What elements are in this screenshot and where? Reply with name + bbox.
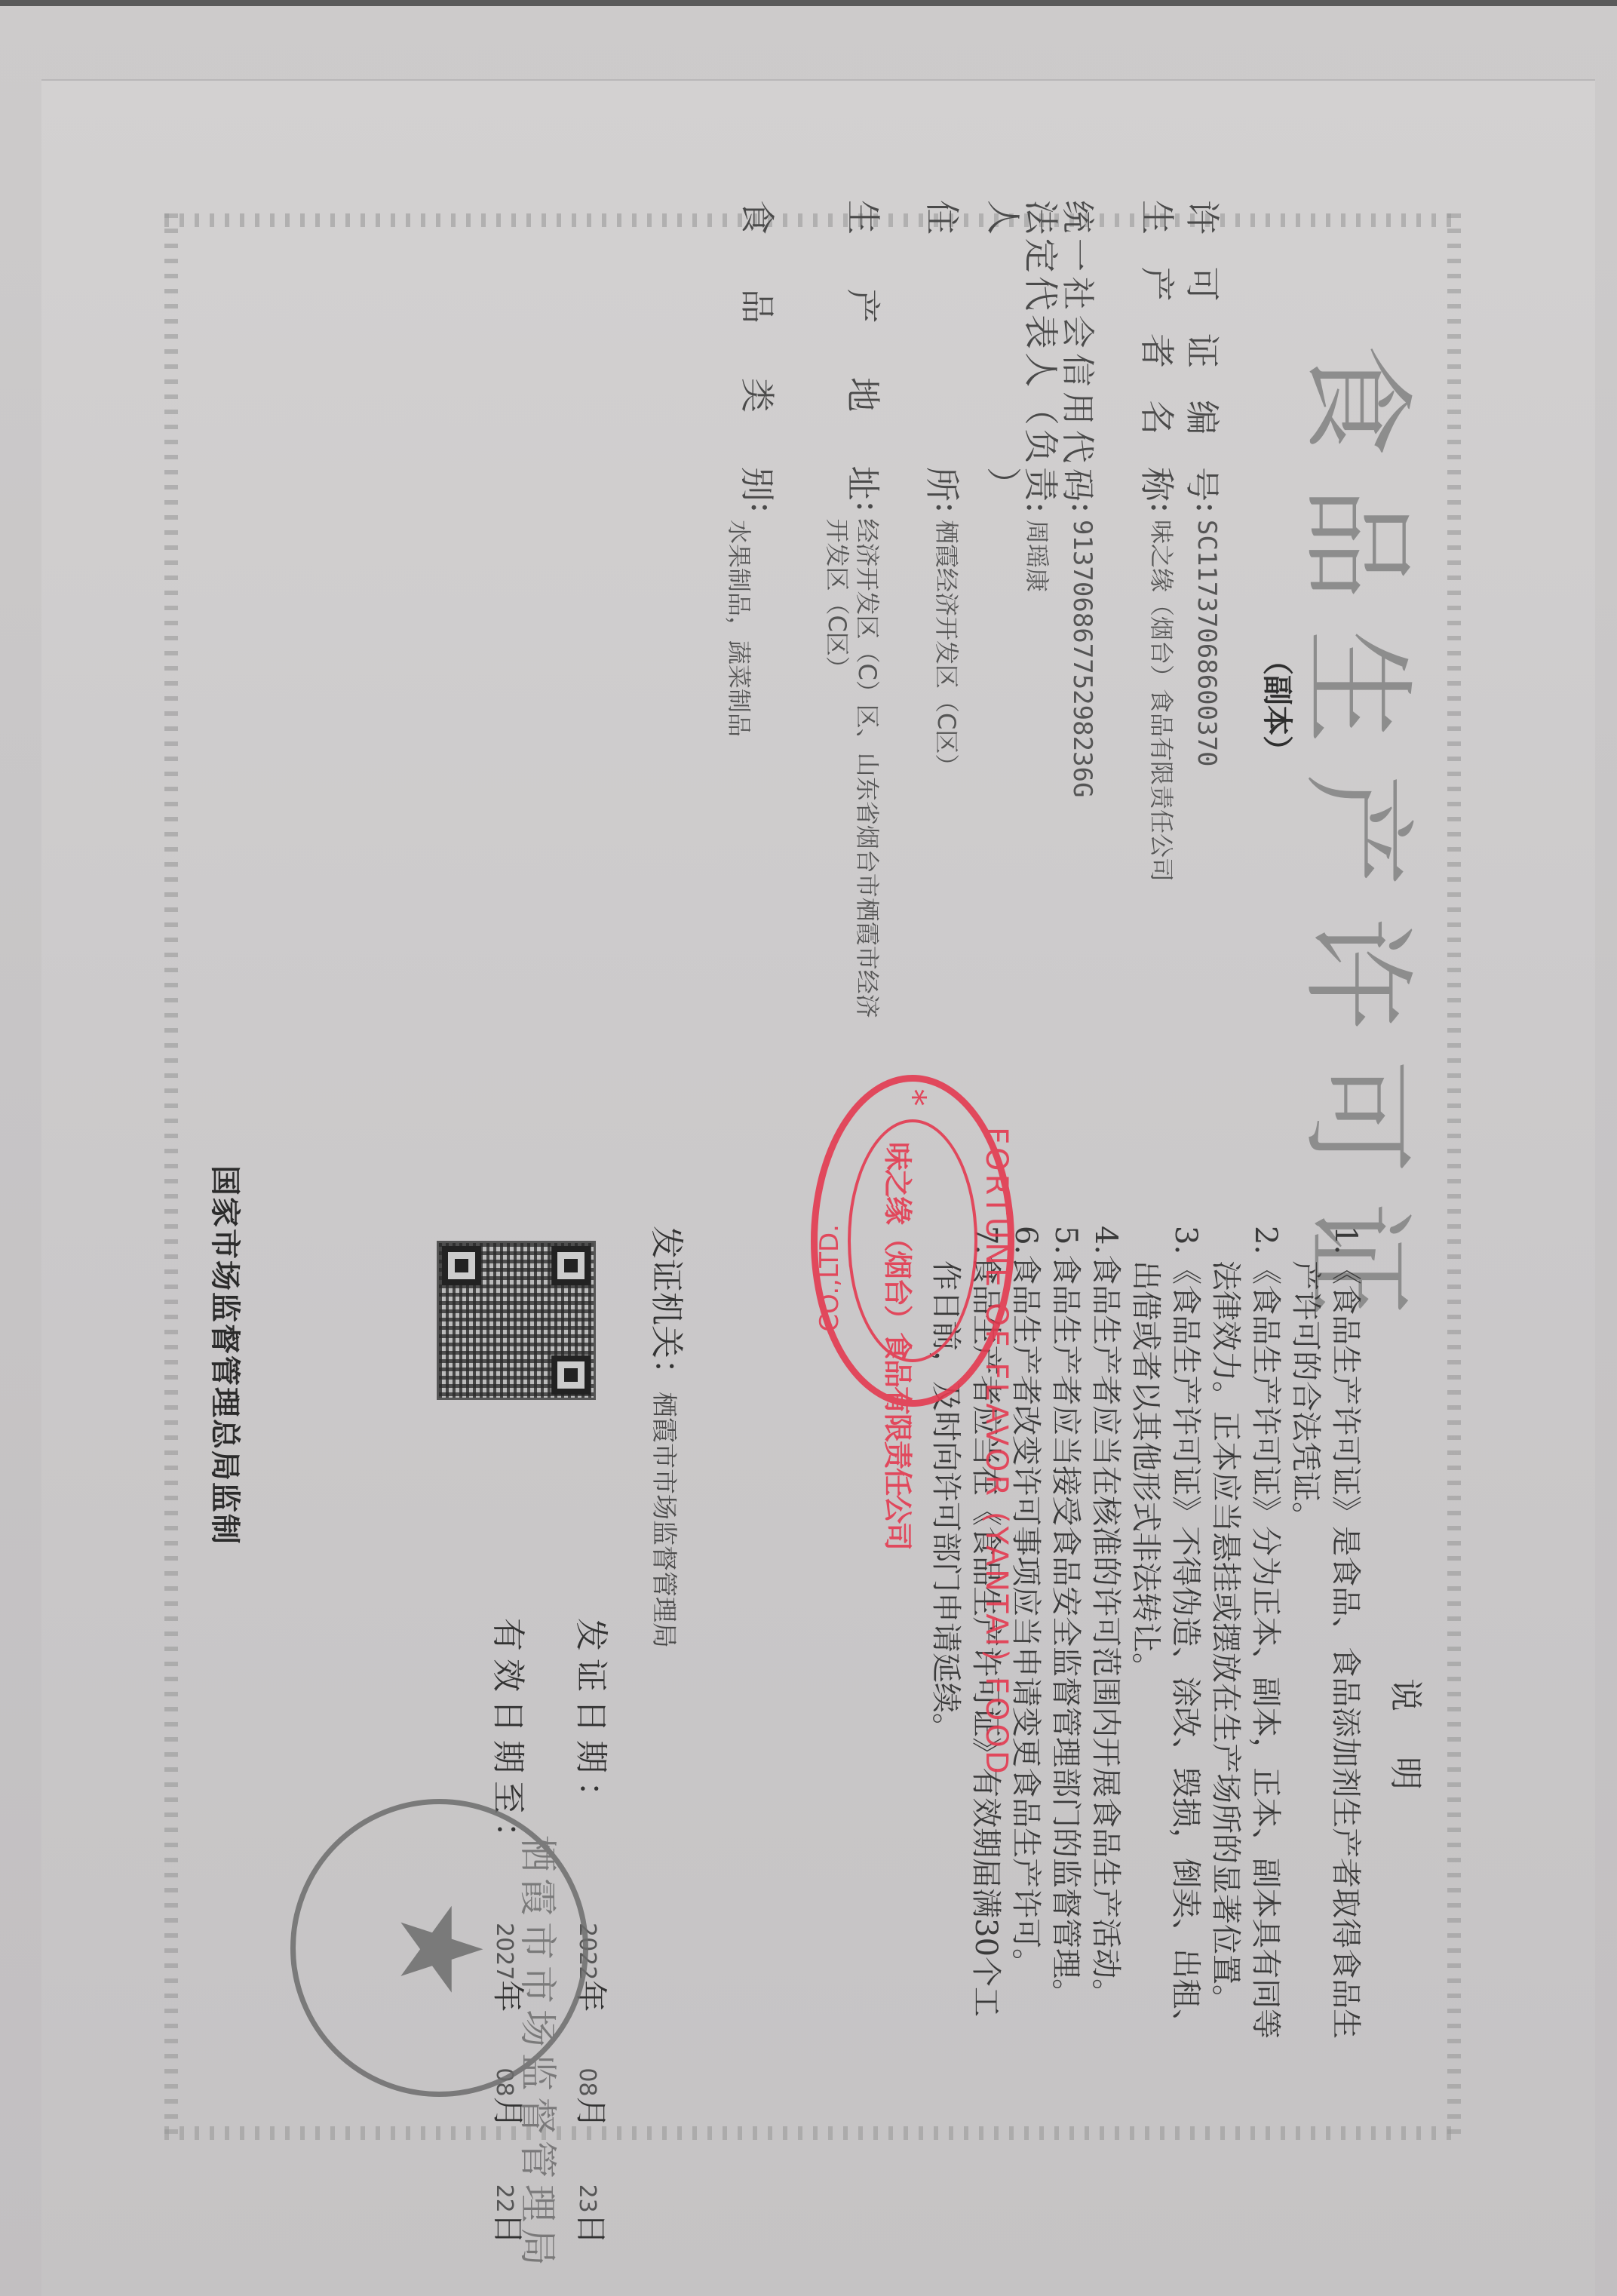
field-label: 许可证编号 [1180,200,1229,502]
field-credit-code: 统一社会信用代码: 91370686775298236G [1057,200,1105,797]
field-value: 91370686775298236G [1067,520,1105,797]
issue-month: 08 [574,2067,600,2096]
field-label: 法定代表人（负责人） [984,200,1060,502]
seal-star-icon: ★ [383,1898,496,2000]
field-label: 生产者名称 [1134,200,1184,502]
field-label: 统一社会信用代码 [1057,200,1105,502]
field-value: 周瑶康 [1022,520,1060,592]
field-label: 生产地址 [840,200,890,501]
note-item: 5.食品生产者应当接受食品安全监督管理部门的监督管理。 [1045,1226,1085,2040]
issuer-label: 发证机关： [646,1226,694,1392]
field-value: 经济开发区（C）区、山东省烟台市栖霞市经济开发区（C区） [822,518,890,1030]
field-value: 栖霞经济开发区（C区） [931,520,969,778]
field-value: 水果制品，蔬菜制品 [724,520,784,737]
note-item: 2.《食品生产许可证》分为正本、副本，正本、副本具有同等法律效力。正本应当悬挂或… [1205,1226,1285,2040]
note-item: 1.《食品生产许可证》是食品、食品添加剂生产者取得食品生产许可的合法凭证。 [1285,1226,1365,2040]
field-license-number: 许可证编号: SC11737068600370 [1180,200,1229,767]
notes-title: 说明 [1385,1678,1433,1835]
issue-day: 23 [574,2184,600,2213]
note-item: 4.食品生产者应当在核准的许可范围内开展食品生产活动。 [1085,1226,1125,2040]
issuer-value: 栖霞市市场监督管理局 [648,1392,685,1648]
authority-seal: 栖霞市市场监督管理局 ★ [290,1799,588,2097]
field-production-address: 生产地址: 经济开发区（C）区、山东省烟台市栖霞市经济开发区（C区） [822,200,890,1030]
field-legal-representative: 法定代表人（负责人）: 周瑶康 [984,200,1060,592]
field-value: 味之缘（烟台）食品有限责任公司 [1146,520,1184,882]
field-label: 食品类别 [735,200,784,502]
document-subtitle: （副本） [1258,645,1301,766]
qr-code[interactable] [437,1241,596,1400]
seal-star-icon: * [894,1089,932,1106]
field-producer-name: 生产者名称: 味之缘（烟台）食品有限责任公司 [1134,200,1184,882]
issue-date-label: 发证日期： [570,1618,618,1837]
certificate-content: 食品生产许可证 （副本） 许可证编号: SC11737068600370 生产者… [151,200,1478,2153]
note-item: 3.《食品生产许可证》不得伪造、涂改、毁损，倒卖、出租、出借或者以其他形式非法转… [1125,1226,1205,2040]
background-edge [0,0,1617,6]
expiry-date-label: 有效日期至： [487,1618,535,1837]
company-seal: FORTUNE OF FLAVOR (YANTAI) FOOD 味之缘（烟台）食… [811,1075,1014,1407]
field-label: 住所 [919,200,969,502]
field-food-category: 食品类别: 水果制品，蔬菜制品 [724,200,784,737]
field-value: SC11737068600370 [1192,520,1229,767]
field-residence: 住所: 栖霞经济开发区（C区） [919,200,969,778]
document-title: 食品生产许可证 [1285,343,1448,1346]
footer-issuer-note: 国家市场监督管理总局监制 [206,1165,249,1546]
